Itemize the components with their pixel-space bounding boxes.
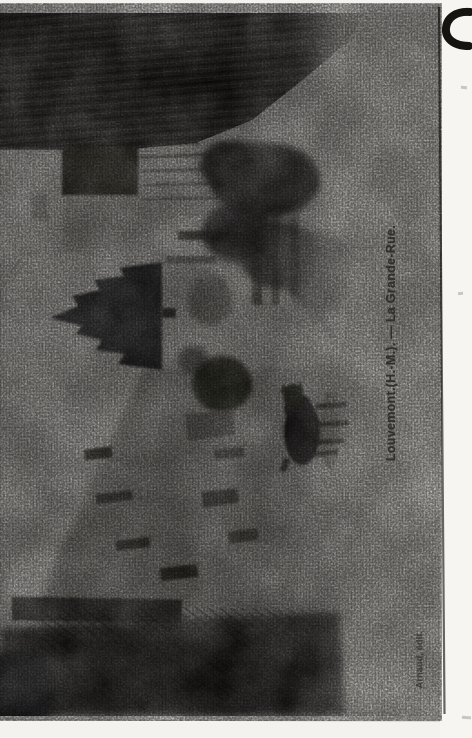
postcard-photo-scene [0, 0, 472, 738]
caption-text: Louvemont.(H.-M.). — La Grande-Rue. [383, 143, 399, 543]
publisher-text: Arnaud, édit. [415, 600, 426, 720]
scanned-postcard: Louvemont.(H.-M.). — La Grande-Rue. Arna… [0, 0, 472, 738]
tonal-blotches [0, 4, 441, 720]
